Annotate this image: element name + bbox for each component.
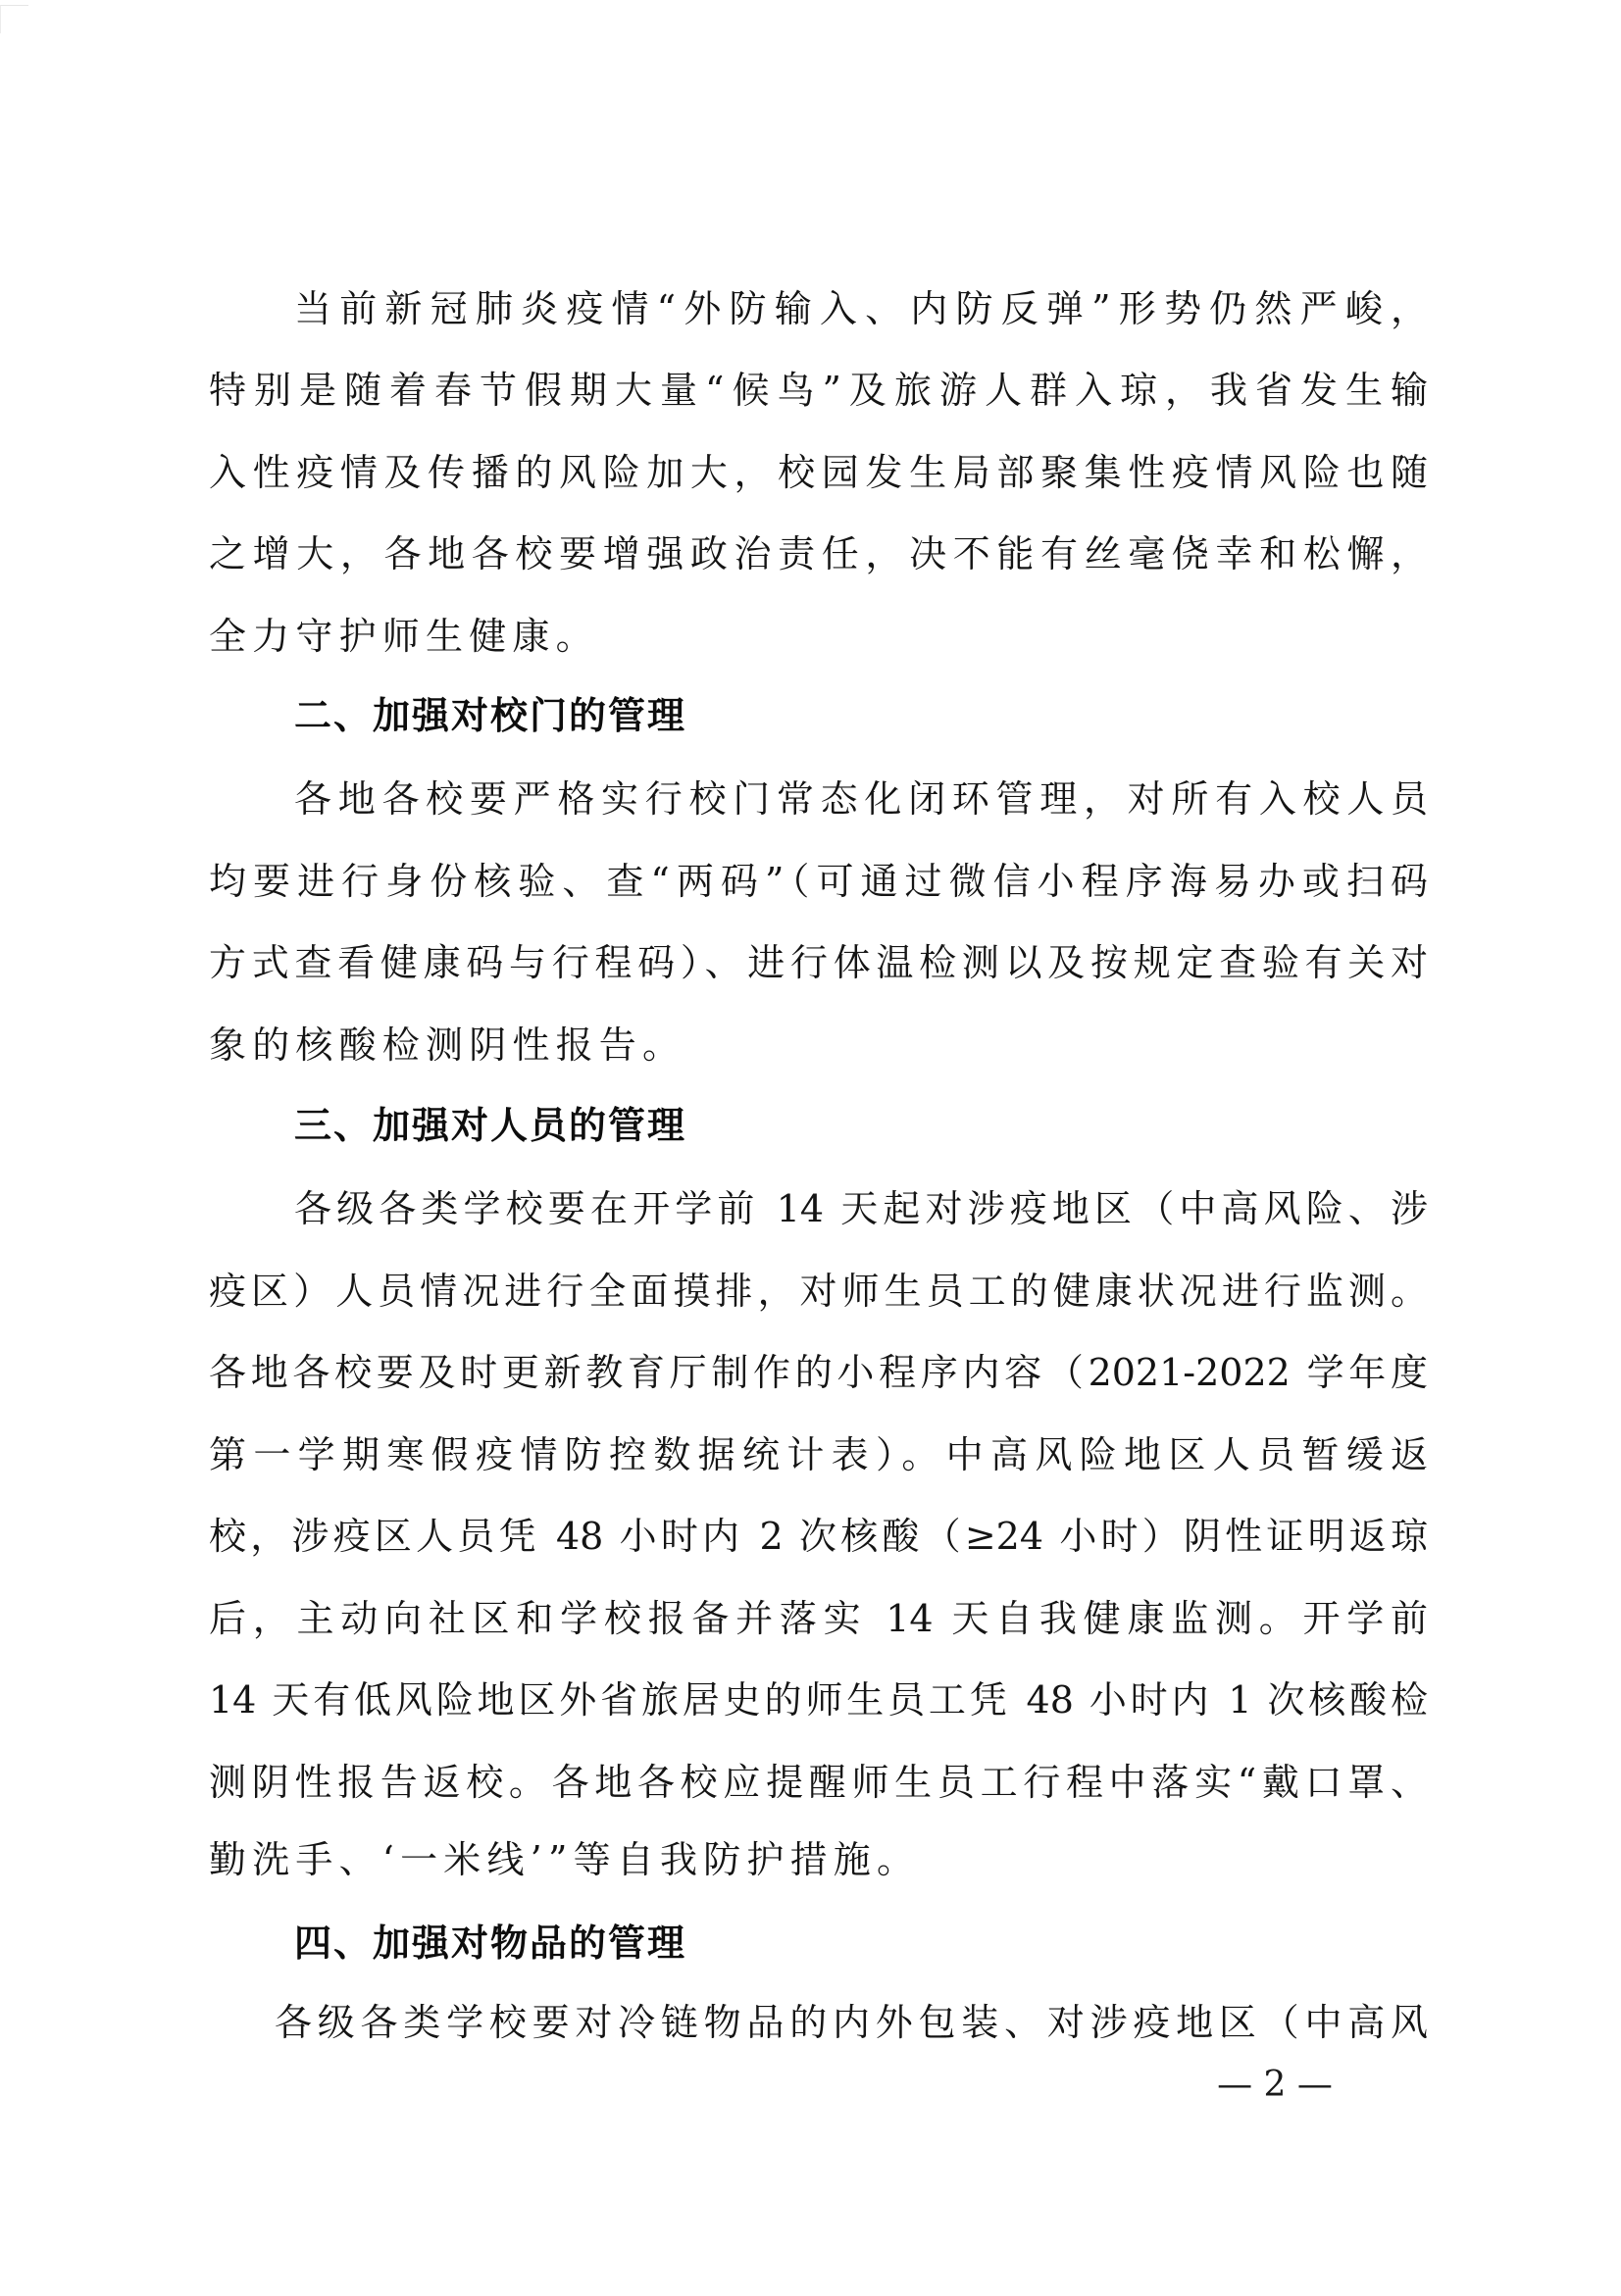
paragraph-2-line-3: 方式查看健康码与行程码）、进行体温检测以及按规定查验有关对 <box>209 938 1428 987</box>
scan-corner-mark <box>0 5 28 33</box>
paragraph-1-line-4: 之增大，各地各校要增强政治责任，决不能有丝毫侥幸和松懈， <box>209 529 1428 578</box>
paragraph-3-line-2: 疫区）人员情况进行全面摸排，对师生员工的健康状况进行监测。 <box>209 1267 1428 1316</box>
paragraph-3-line-1: 各级各类学校要在开学前 14 天起对涉疫地区（中高风险、涉 <box>294 1184 1428 1233</box>
document-page: 当前新冠肺炎疫情“外防输入、内防反弹”形势仍然严峻， 特别是随着春节假期大量“候… <box>0 0 1621 2296</box>
paragraph-1-line-3: 入性疫情及传播的风险加大，校园发生局部聚集性疫情风险也随 <box>209 448 1428 497</box>
paragraph-1-line-5: 全力守护师生健康。 <box>209 612 1428 661</box>
paragraph-4-line-1: 各级各类学校要对冷链物品的内外包装、对涉疫地区（中高风 <box>275 1998 1428 2047</box>
paragraph-3-line-9: 勤洗手、‘一米线’”等自我防护措施。 <box>209 1835 1428 1884</box>
paragraph-2-line-1: 各地各校要严格实行校门常态化闭环管理，对所有入校人员 <box>294 774 1428 824</box>
section-heading-school-gate: 二、加强对校门的管理 <box>294 691 686 740</box>
paragraph-2-line-2: 均要进行身份核验、查“两码”（可通过微信小程序海易办或扫码 <box>209 857 1428 906</box>
paragraph-1-line-1: 当前新冠肺炎疫情“外防输入、内防反弹”形势仍然严峻， <box>294 284 1428 333</box>
paragraph-3-line-3: 各地各校要及时更新教育厅制作的小程序内容（2021-2022 学年度 <box>209 1348 1428 1397</box>
section-heading-personnel: 三、加强对人员的管理 <box>294 1101 686 1150</box>
section-heading-goods: 四、加强对物品的管理 <box>294 1919 686 1968</box>
paragraph-1-line-2: 特别是随着春节假期大量“候鸟”及旅游人群入琼，我省发生输 <box>209 366 1428 415</box>
paragraph-3-line-6: 后，主动向社区和学校报备并落实 14 天自我健康监测。开学前 <box>209 1594 1428 1643</box>
paragraph-3-line-5: 校，涉疫区人员凭 48 小时内 2 次核酸（≥24 小时）阴性证明返琼 <box>209 1512 1428 1561</box>
paragraph-3-line-8: 测阴性报告返校。各地各校应提醒师生员工行程中落实“戴口罩、 <box>209 1758 1428 1807</box>
page-number: — 2 — <box>1201 2064 1348 2107</box>
paragraph-3-line-7: 14 天有低风险地区外省旅居史的师生员工凭 48 小时内 1 次核酸检 <box>209 1675 1428 1724</box>
paragraph-2-line-4: 象的核酸检测阴性报告。 <box>209 1021 1428 1070</box>
paragraph-3-line-4: 第一学期寒假疫情防控数据统计表）。中高风险地区人员暂缓返 <box>209 1430 1428 1479</box>
